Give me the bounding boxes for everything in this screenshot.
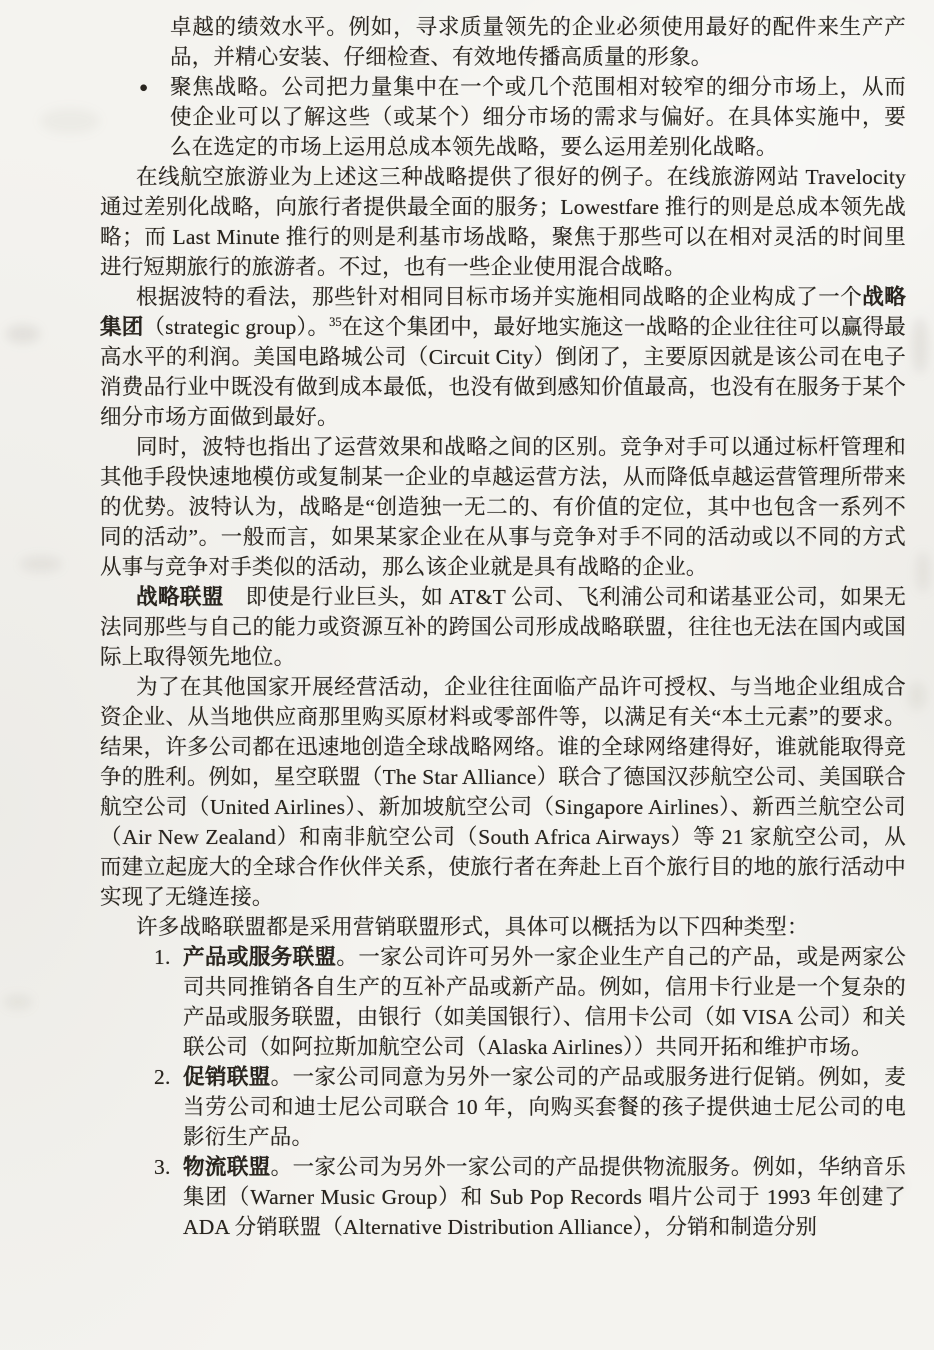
bullet-marker-icon: ●	[139, 73, 148, 103]
text-run: 为了在其他国家开展经营活动，企业往往面临产品许可授权、与当地企业组成合资企业、从…	[100, 675, 906, 909]
list-number: 2.	[154, 1062, 171, 1092]
bold-term-product-service-alliance: 产品或服务联盟	[183, 945, 336, 969]
paragraph-strategic-group: 根据波特的看法，那些针对相同目标市场并实施相同战略的企业构成了一个战略集团（st…	[100, 282, 906, 432]
text-run: 在线航空旅游业为上述这三种战略提供了很好的例子。在线旅游网站 Traveloci…	[100, 165, 906, 279]
text-run: 根据波特的看法，那些针对相同目标市场并实施相同战略的企业构成了一个	[136, 285, 862, 309]
text-run: 。一家公司为另外一家公司的产品提供物流服务。例如，华纳音乐集团（Warner M…	[183, 1155, 906, 1239]
scan-smudge	[916, 552, 930, 592]
paragraph-operational-effectiveness: 同时，波特也指出了运营效果和战略之间的区别。竞争对手可以通过标杆管理和其他手段快…	[100, 432, 906, 582]
text-run: 同时，波特也指出了运营效果和战略之间的区别。竞争对手可以通过标杆管理和其他手段快…	[100, 435, 906, 579]
text-run: 卓越的绩效水平。例如，寻求质量领先的企业必须使用最好的配件来生产产品，并精心安装…	[170, 15, 906, 69]
paragraph-global-networks: 为了在其他国家开展经营活动，企业往往面临产品许可授权、与当地企业组成合资企业、从…	[100, 672, 906, 912]
text-run: （strategic group）。	[143, 315, 329, 339]
paragraph-strategic-alliances: 战略联盟 即使是行业巨头，如 AT&T 公司、飞利浦公司和诺基亚公司，如果无法同…	[100, 582, 906, 672]
list-item-logistics-alliance: 3.物流联盟。一家公司为另外一家公司的产品提供物流服务。例如，华纳音乐集团（Wa…	[100, 1152, 906, 1242]
paragraph-online-travel-example: 在线航空旅游业为上述这三种战略提供了很好的例子。在线旅游网站 Traveloci…	[100, 162, 906, 282]
list-item-promotional-alliance: 2.促销联盟。一家公司同意为另外一家公司的产品或服务进行促销。例如，麦当劳公司和…	[100, 1062, 906, 1152]
bullet-item-focus-strategy: ●聚焦战略。公司把力量集中在一个或几个范围相对较窄的细分市场上，从而使企业可以了…	[100, 72, 906, 162]
scan-smudge	[6, 325, 40, 343]
scan-smudge	[4, 995, 32, 1009]
scan-smudge	[40, 108, 100, 134]
paragraph-differentiation-continuation: 卓越的绩效水平。例如，寻求质量领先的企业必须使用最好的配件来生产产品，并精心安装…	[100, 12, 906, 72]
book-page: 卓越的绩效水平。例如，寻求质量领先的企业必须使用最好的配件来生产产品，并精心安装…	[0, 0, 934, 1350]
bold-term-logistics-alliance: 物流联盟	[183, 1155, 271, 1179]
text-run: 许多战略联盟都是采用营销联盟形式，具体可以概括为以下四种类型：	[136, 915, 809, 939]
list-item-product-service-alliance: 1.产品或服务联盟。一家公司许可另外一家企业生产自己的产品，或是两家公司共同推销…	[100, 942, 906, 1062]
list-number: 1.	[154, 942, 171, 972]
scan-smudge	[912, 318, 928, 373]
scan-smudge	[20, 556, 62, 572]
bold-term-strategic-alliances: 战略联盟	[136, 585, 224, 609]
list-number: 3.	[154, 1152, 171, 1182]
scan-smudge	[908, 682, 926, 710]
footnote-reference: 35	[329, 315, 342, 329]
bold-term-promotional-alliance: 促销联盟	[183, 1065, 271, 1089]
text-run: 。一家公司同意为另外一家公司的产品或服务进行促销。例如，麦当劳公司和迪士尼公司联…	[183, 1065, 906, 1149]
text-run: 聚焦战略。公司把力量集中在一个或几个范围相对较窄的细分市场上，从而使企业可以了解…	[170, 75, 906, 159]
text-column: 卓越的绩效水平。例如，寻求质量领先的企业必须使用最好的配件来生产产品，并精心安装…	[100, 0, 906, 1242]
paragraph-alliance-types-intro: 许多战略联盟都是采用营销联盟形式，具体可以概括为以下四种类型：	[100, 912, 906, 942]
